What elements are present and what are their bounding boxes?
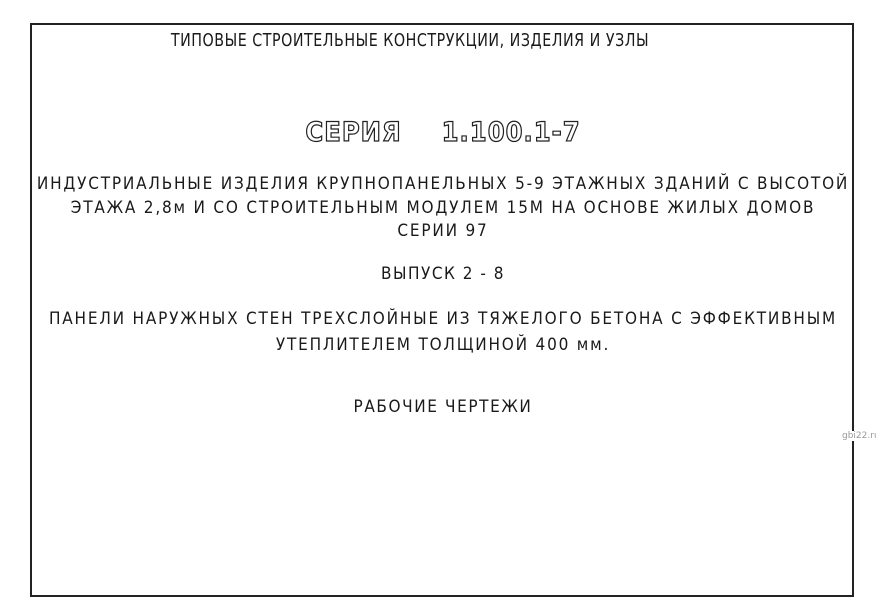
issue-number: ВЫПУСК 2 - 8 (30, 264, 856, 284)
description-line-2: ЭТАЖА 2,8м И СО СТРОИТЕЛЬНЫМ МОДУЛЕМ 15М… (30, 196, 856, 220)
description-line-1: ИНДУСТРИАЛЬНЫЕ ИЗДЕЛИЯ КРУПНОПАНЕЛЬНЫХ 5… (30, 172, 856, 196)
series-title: СЕРИЯ1.100.1-7 (30, 117, 856, 148)
description-line-3: СЕРИИ 97 (30, 219, 856, 243)
product-line-1: ПАНЕЛИ НАРУЖНЫХ СТЕН ТРЕХСЛОЙНЫЕ ИЗ ТЯЖЕ… (30, 309, 856, 329)
drawing-type: РАБОЧИЕ ЧЕРТЕЖИ (30, 397, 856, 417)
header-title: ТИПОВЫЕ СТРОИТЕЛЬНЫЕ КОНСТРУКЦИИ, ИЗДЕЛИ… (102, 30, 718, 51)
series-label: СЕРИЯ (305, 117, 401, 148)
series-number: 1.100.1-7 (442, 117, 581, 148)
product-line-2: УТЕПЛИТЕЛЕМ ТОЛЩИНОЙ 400 мм. (30, 335, 856, 355)
watermark: gbi22.ru (842, 431, 876, 441)
